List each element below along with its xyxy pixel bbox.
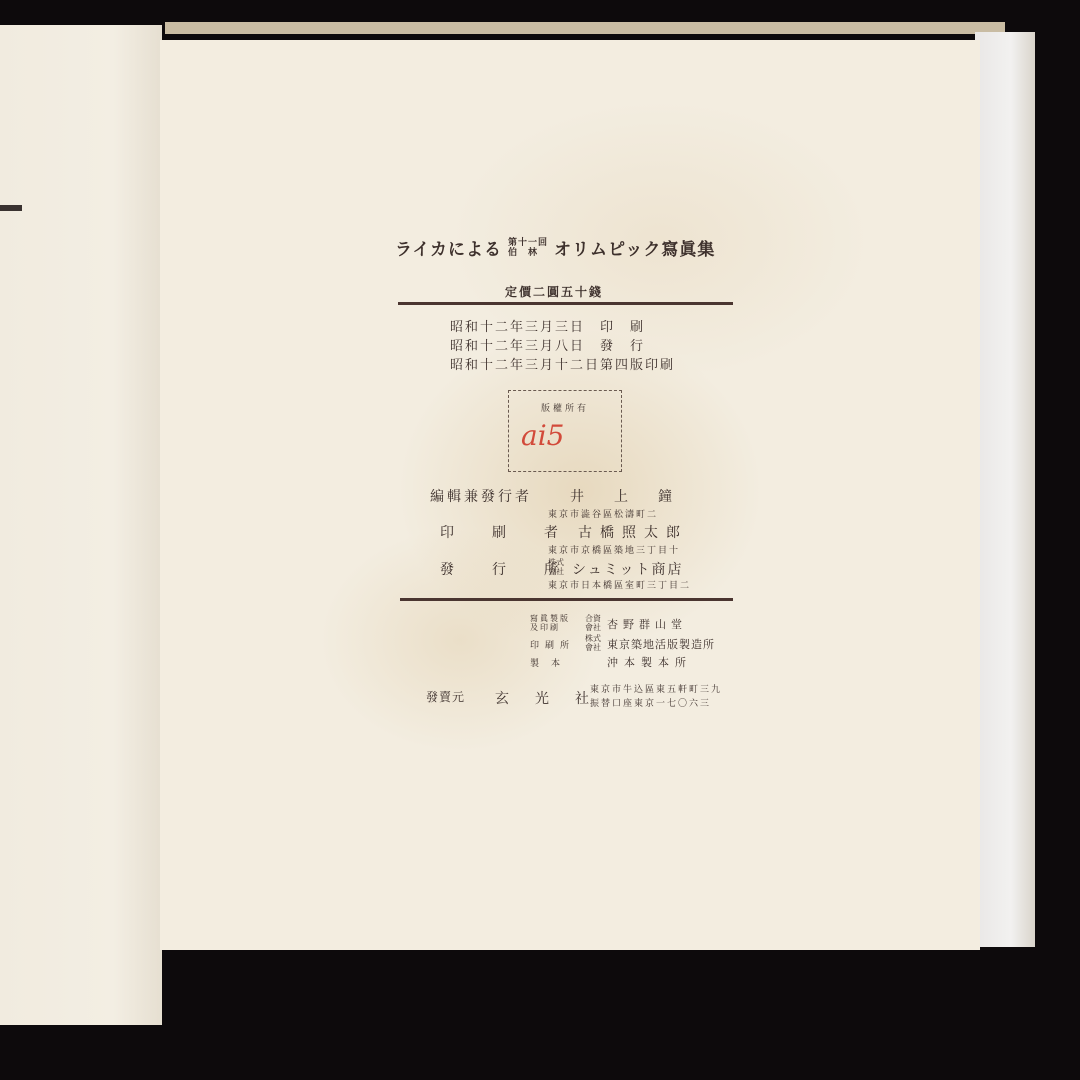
- book-cover-edge: [975, 32, 1035, 947]
- date-issued: 昭和十二年三月八日 發 行: [450, 337, 675, 356]
- left-page-mark: [0, 205, 22, 211]
- editor-name: 井 上 鐘: [570, 486, 680, 506]
- plate-label: 寫眞製版及印刷: [530, 614, 574, 632]
- seller-name: 玄 光 社: [495, 688, 595, 708]
- title-prefix: ライカによる: [395, 235, 502, 260]
- print-name: 東京築地活版製造所: [607, 636, 715, 652]
- publisher-type: 株式會社: [548, 558, 568, 576]
- date-fourth-print: 昭和十二年三月十二日第四版印刷: [450, 356, 675, 375]
- print-dates: 昭和十二年三月三日 印 刷 昭和十二年三月八日 發 行 昭和十二年三月十二日第四…: [450, 318, 675, 375]
- colophon-page: ライカによる 第十一回 伯 林 オリムピック寫眞集 定價二圓五十錢 昭和十二年三…: [160, 40, 980, 950]
- left-page: [0, 25, 162, 1025]
- publisher-address: 東京市日本橋區室町三丁目二: [548, 578, 691, 591]
- title-small-bottom: 伯 林: [508, 248, 548, 258]
- publisher-name: シュミット商店: [572, 559, 683, 579]
- title-small: 第十一回 伯 林: [508, 238, 548, 258]
- title-small-top: 第十一回: [508, 238, 548, 248]
- plate-name: 杏野群山堂: [607, 616, 687, 632]
- plate-type: 合資會社: [585, 614, 605, 632]
- price: 定價二圓五十錢: [505, 283, 603, 300]
- print-label: 印刷所: [530, 638, 575, 651]
- seller-label: 發賣元: [426, 688, 465, 705]
- date-printed: 昭和十二年三月三日 印 刷: [450, 318, 675, 337]
- title-suffix: オリムピック寫眞集: [554, 235, 715, 260]
- binding-label: 製本: [530, 656, 572, 669]
- binding-name: 沖本製本所: [607, 654, 692, 670]
- stamp-label: 版權所有: [509, 401, 621, 414]
- divider-bottom: [400, 598, 733, 601]
- seller-address: 東京市牛込區東五軒町三九: [590, 682, 722, 695]
- copyright-stamp: 版權所有 ai5: [508, 390, 622, 472]
- print-type: 株式會社: [585, 634, 605, 652]
- printer-address: 東京市京橋區築地三丁目十: [548, 543, 680, 556]
- printer-name: 古橋照太郎: [578, 522, 688, 542]
- printer-label: 印 刷 者: [440, 522, 570, 542]
- seller-account: 振替口座東京一七〇六三: [590, 696, 711, 709]
- book-title: ライカによる 第十一回 伯 林 オリムピック寫眞集: [395, 235, 715, 260]
- editor-label: 編輯兼發行者: [430, 486, 532, 506]
- stamp-signature: ai5: [521, 419, 564, 452]
- book-cloth-edge: [165, 22, 1005, 34]
- divider-top: [398, 302, 733, 305]
- editor-address: 東京市澁谷區松濤町二: [548, 507, 658, 520]
